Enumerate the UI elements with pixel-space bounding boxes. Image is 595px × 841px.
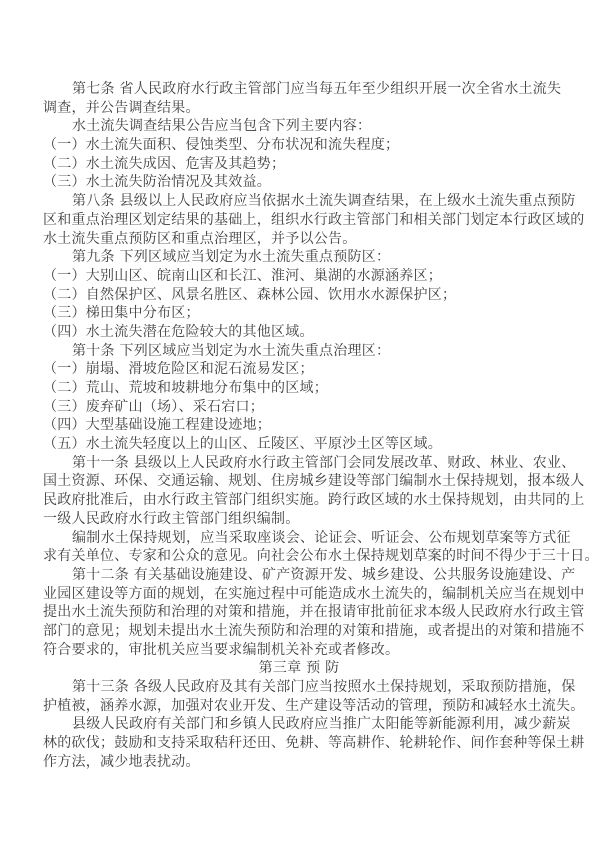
list-item-line: （一）大别山区、皖南山区和长江、淮河、巢湖的水源涵养区； [43,267,555,286]
list-item-line: （二）自然保护区、风景名胜区、森林公园、饮用水水源保护区； [43,286,555,305]
text-line: 作方法，减少地表扰动。 [43,753,555,772]
text-line: 业园区建设等方面的规划，在实施过程中可能造成水土流失的，编制机关应当在规划中 [43,585,555,604]
text-line: 一级人民政府水行政主管部门组织编制。 [43,510,555,529]
document-body-text: 第七条 省人民政府水行政主管部门应当每五年至少组织开展一次全省水土流失 调查，并… [43,80,555,771]
chapter-heading: 第三章 预 防 [43,659,555,678]
text-line: 国土资源、环保、交通运输、规划、住房城乡建设等部门编制水土保持规划，报本级人 [43,472,555,491]
list-item-line: （二）水土流失成因、危害及其趋势； [43,155,555,174]
text-line: 水土流失调查结果公告应当包含下列主要内容： [43,117,555,136]
text-line: 第十一条 县级以上人民政府水行政主管部门会同发展改革、财政、林业、农业、 [43,454,555,473]
text-line: 县级人民政府有关部门和乡镇人民政府应当推广太阳能等新能源利用，减少薪炭 [43,715,555,734]
text-line: 提出水土流失预防和治理的对策和措施，并在报请审批前征求本级人民政府水行政主管 [43,603,555,622]
text-line: 第九条 下列区域应当划定为水土流失重点预防区： [43,248,555,267]
text-line: 林的砍伐；鼓励和支持采取秸秆还田、免耕、等高耕作、轮耕轮作、间作套种等保土耕 [43,734,555,753]
document-page: 第七条 省人民政府水行政主管部门应当每五年至少组织开展一次全省水土流失 调查，并… [0,0,595,841]
text-line: 编制水土保持规划，应当采取座谈会、论证会、听证会、公布规划草案等方式征 [43,529,555,548]
text-line: 护植被，涵养水源，加强对农业开发、生产建设等活动的管理，预防和减轻水土流失。 [43,697,555,716]
list-item-line: （三）废弃矿山（场）、采石宕口； [43,398,555,417]
text-line: 第十三条 各级人民政府及其有关部门应当按照水土保持规划，采取预防措施，保 [43,678,555,697]
list-item-line: （一）崩塌、滑坡危险区和泥石流易发区； [43,360,555,379]
list-item-line: （三）梯田集中分布区； [43,304,555,323]
list-item-line: （二）荒山、荒坡和坡耕地分布集中的区域； [43,379,555,398]
list-item-line: （三）水土流失防治情况及其效益。 [43,173,555,192]
text-line: 区和重点治理区划定结果的基础上，组织水行政主管部门和相关部门划定本行政区域的 [43,211,555,230]
text-line: 民政府批准后，由水行政主管部门组织实施。跨行政区域的水土保持规划，由共同的上 [43,491,555,510]
list-item-line: （四）水土流失潜在危险较大的其他区域。 [43,323,555,342]
text-line: 求有关单位、专家和公众的意见。向社会公布水土保持规划草案的时间不得少于三十日。 [43,547,555,566]
text-line: 调查，并公告调查结果。 [43,99,555,118]
text-line: 第十条 下列区域应当划定为水土流失重点治理区： [43,342,555,361]
text-line: 符合要求的，审批机关应当要求编制机关补充或者修改。 [43,641,555,660]
list-item-line: （一）水土流失面积、侵蚀类型、分布状况和流失程度； [43,136,555,155]
text-line: 第八条 县级以上人民政府应当依据水土流失调查结果，在上级水土流失重点预防 [43,192,555,211]
list-item-line: （五）水土流失轻度以上的山区、丘陵区、平原沙土区等区域。 [43,435,555,454]
list-item-line: （四）大型基础设施工程建设迹地； [43,416,555,435]
text-line: 部门的意见；规划未提出水土流失预防和治理的对策和措施，或者提出的对策和措施不 [43,622,555,641]
text-line: 水土流失重点预防区和重点治理区，并予以公告。 [43,230,555,249]
text-line: 第十二条 有关基础设施建设、矿产资源开发、城乡建设、公共服务设施建设、产 [43,566,555,585]
text-line: 第七条 省人民政府水行政主管部门应当每五年至少组织开展一次全省水土流失 [43,80,555,99]
